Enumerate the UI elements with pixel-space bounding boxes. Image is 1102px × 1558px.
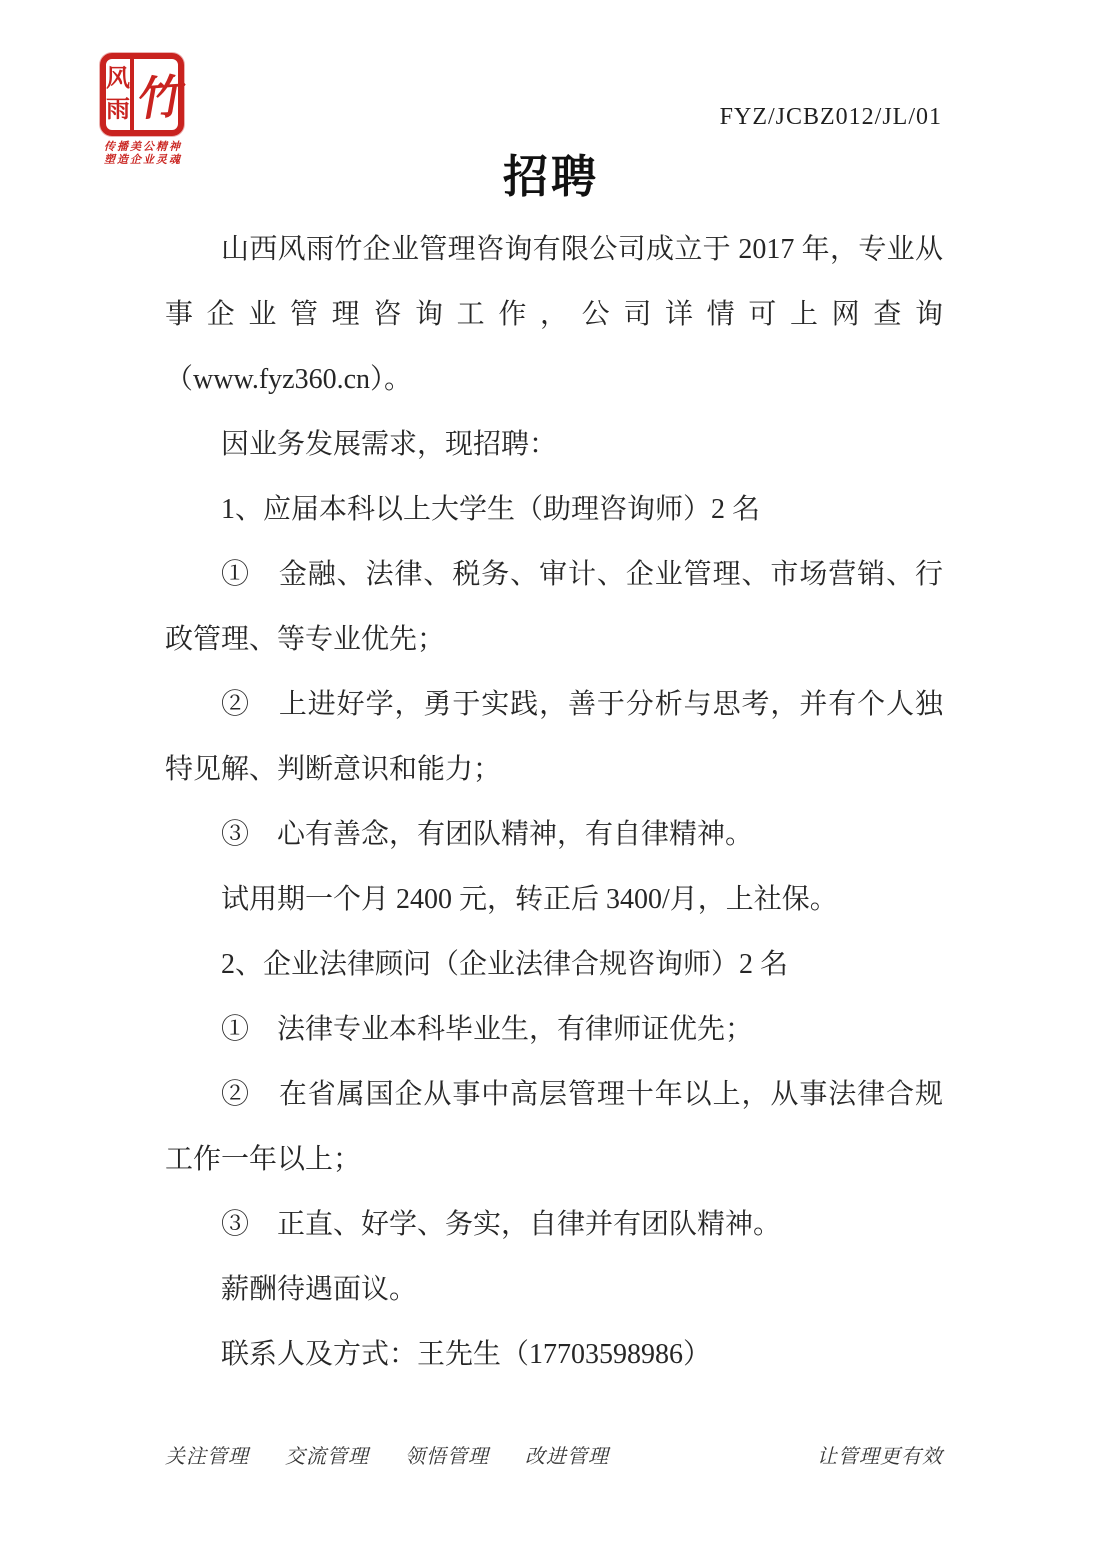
paragraph-position-1-salary: 试用期一个月 2400 元，转正后 3400/月，上社保。 [165,867,943,932]
paragraph-position-1-req-1: ① 金融、法律、税务、审计、企业管理、市场营销、行政管理、等专业优先； [165,542,943,672]
paragraph-position-2-req-1: ① 法律专业本科毕业生，有律师证优先； [165,997,943,1062]
paragraph-recruit-lead: 因业务发展需求，现招聘： [165,412,943,477]
page-footer: 关注管理 交流管理 领悟管理 改进管理 让管理更有效 [165,1440,943,1469]
page-title: 招聘 [0,140,1102,205]
footer-slogan-4: 改进管理 [525,1440,609,1469]
paragraph-position-1-req-3: ③ 心有善念，有团队精神，有自律精神。 [165,802,943,867]
paragraph-position-2: 2、企业法律顾问（企业法律合规咨询师）2 名 [165,932,943,997]
company-seal-icon: 风 雨 竹 [100,53,184,136]
footer-slogan-right: 让管理更有效 [817,1440,943,1469]
paragraph-contact: 联系人及方式：王先生（17703598986） [165,1322,943,1387]
seal-left-column: 风 雨 [106,59,134,130]
seal-char-zhu: 竹 [132,57,183,131]
document-page: 风 雨 竹 传播美公精神 塑造企业灵魂 FYZ/JCBZ012/JL/01 招聘… [0,0,1102,1558]
paragraph-position-1-req-2: ② 上进好学，勇于实践，善于分析与思考，并有个人独特见解、判断意识和能力； [165,672,943,802]
paragraph-position-1: 1、应届本科以上大学生（助理咨询师）2 名 [165,477,943,542]
seal-char-yu: 雨 [106,98,130,122]
document-code: FYZ/JCBZ012/JL/01 [720,104,942,131]
paragraph-intro: 山西风雨竹企业管理咨询有限公司成立于 2017 年，专业从事企业管理咨询工作，公… [165,217,943,412]
paragraph-position-2-salary: 薪酬待遇面议。 [165,1257,943,1322]
document-body: 山西风雨竹企业管理咨询有限公司成立于 2017 年，专业从事企业管理咨询工作，公… [165,217,943,1387]
seal-char-feng: 风 [106,67,130,91]
paragraph-position-2-req-2: ② 在省属国企从事中高层管理十年以上，从事法律合规工作一年以上； [165,1062,943,1192]
footer-slogan-3: 领悟管理 [405,1440,489,1469]
footer-slogan-2: 交流管理 [285,1440,369,1469]
footer-slogan-1: 关注管理 [165,1440,249,1469]
paragraph-position-2-req-3: ③ 正直、好学、务实，自律并有团队精神。 [165,1192,943,1257]
